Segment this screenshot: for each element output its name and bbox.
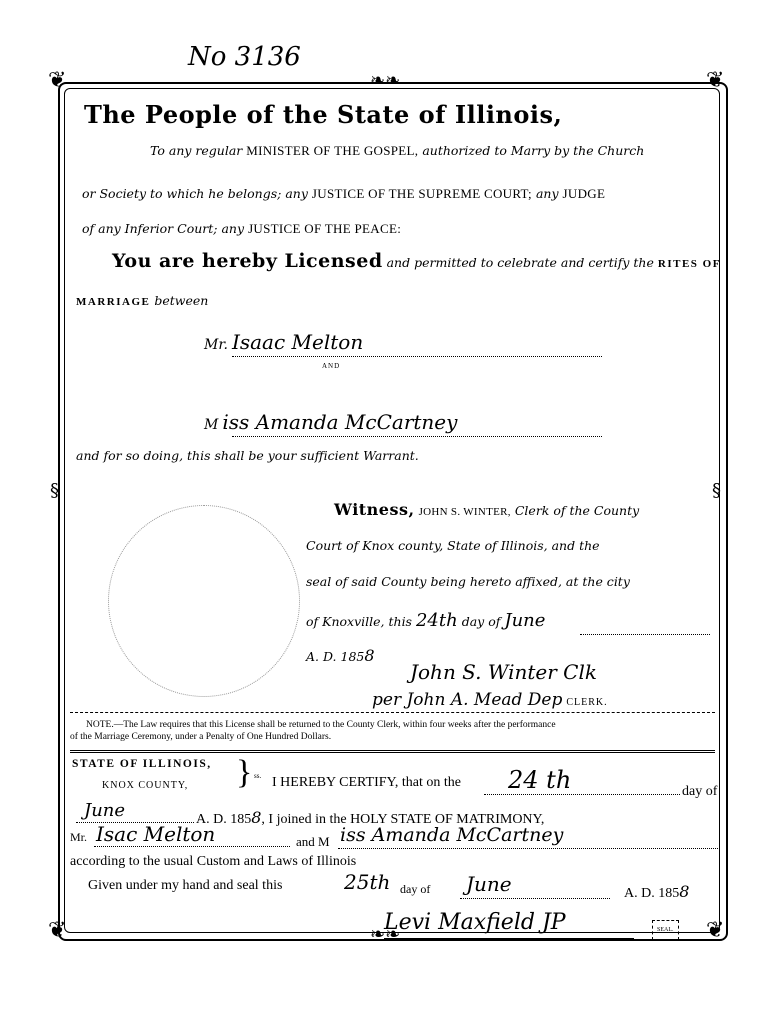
cert-bride: iss Amanda McCartney <box>340 824 563 846</box>
cert-state: STATE OF ILLINOIS, <box>72 758 212 770</box>
deputy-signature-line: per John A. Mead Dep CLERK. <box>372 690 608 710</box>
page-title: The People of the State of Illinois, <box>84 100 562 129</box>
corner-flourish-icon: ❦ <box>48 918 66 943</box>
groom-field: Mr. Isaac Melton <box>204 330 363 354</box>
cert-day: 24 th <box>508 766 571 794</box>
divider <box>70 708 715 713</box>
left-mid-flourish-icon: § <box>50 480 59 501</box>
witness-line-5: A. D. 1858 <box>306 646 375 666</box>
note-line-1: NOTE.—The Law requires that this License… <box>86 720 556 730</box>
seal-box: SEAL. <box>652 920 679 940</box>
given-month: June <box>466 872 512 896</box>
license-line-1: You are hereby Licensed and permitted to… <box>112 250 721 272</box>
license-day: 24th <box>416 610 458 631</box>
given-year: 8 <box>679 882 689 901</box>
bride-name: iss Amanda McCartney <box>222 410 457 434</box>
warrant-text: and for so doing, this shall be your suf… <box>76 448 419 463</box>
cert-groom: Isac Melton <box>96 822 215 846</box>
ss-label: ss. <box>254 772 261 780</box>
clerk-signature: John S. Winter Clk <box>410 660 597 684</box>
custom-text: according to the usual Custom and Laws o… <box>70 854 356 870</box>
officiant-signature: Levi Maxfield JP <box>384 910 566 935</box>
given-day-of: day of <box>400 882 430 897</box>
deputy-signature: per John A. Mead Dep <box>372 690 562 710</box>
salutation-line-2: or Society to which he belongs; any JUST… <box>82 185 605 203</box>
divider <box>70 746 715 753</box>
cert-month: June <box>84 800 125 821</box>
witness-line-3: seal of said County being hereto affixed… <box>306 574 630 589</box>
note-line-2: of the Marriage Ceremony, under a Penalt… <box>70 732 331 742</box>
witness-line-1: Witness, JOHN S. WINTER, Clerk of the Co… <box>334 500 639 520</box>
cert-year: 8 <box>251 808 261 827</box>
brace: } <box>236 756 252 790</box>
license-month: June <box>504 610 545 631</box>
witness-line-2: Court of Knox county, State of Illinois,… <box>306 538 600 553</box>
cert-county: KNOX COUNTY, <box>102 780 188 791</box>
salutation-line-3: of any Inferior Court; any JUSTICE OF TH… <box>82 220 401 238</box>
certify-text: I HEREBY CERTIFY, that on the <box>272 775 461 791</box>
given-text: Given under my hand and seal this <box>88 878 282 894</box>
bride-field: M iss Amanda McCartney <box>204 410 457 434</box>
corner-flourish-icon: ❦ <box>706 918 724 943</box>
top-center-flourish-icon: ❧❧ <box>370 70 400 91</box>
right-mid-flourish-icon: § <box>712 480 721 501</box>
given-ad: A. D. 1858 <box>624 882 689 902</box>
salutation-line-1: To any regular MINISTER OF THE GOSPEL, a… <box>150 142 644 160</box>
groom-name: Isaac Melton <box>232 330 363 354</box>
witness-line-4: of Knoxville, this 24th day of June <box>306 610 545 631</box>
corner-flourish-icon: ❦ <box>706 68 724 93</box>
license-line-2: MARRIAGE between <box>76 292 208 310</box>
given-day: 25th <box>344 870 390 894</box>
day-of-label: day of <box>682 784 717 800</box>
license-number: No 3136 <box>188 42 301 72</box>
mr-label: Mr. <box>70 830 87 845</box>
corner-flourish-icon: ❦ <box>48 68 66 93</box>
and-m-label: and M <box>296 834 330 850</box>
license-year: 8 <box>364 646 374 665</box>
embossed-seal <box>108 505 300 697</box>
and-label: AND <box>322 362 340 370</box>
